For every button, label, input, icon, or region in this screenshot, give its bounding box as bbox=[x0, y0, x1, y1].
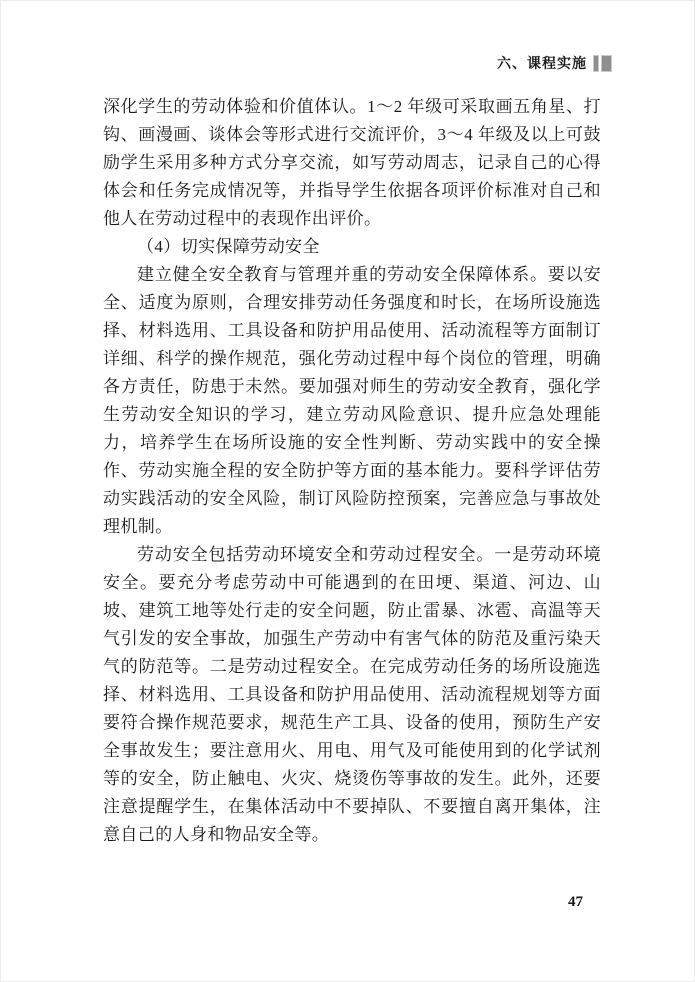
document-page: 六、课程实施 深化学生的劳动体验和价值体认。1～2 年级可采取画五角星、打钩、画… bbox=[0, 0, 695, 982]
page-body: 深化学生的劳动体验和价值体认。1～2 年级可采取画五角星、打钩、画漫画、谈体会等… bbox=[103, 93, 601, 849]
decoration-bar-thick-icon bbox=[601, 55, 612, 72]
decoration-bar-thin-icon bbox=[593, 55, 599, 72]
paragraph-safety-system: 建立健全安全教育与管理并重的劳动安全保障体系。要以安全、适度为原则，合理安排劳动… bbox=[103, 261, 601, 541]
running-header: 六、课程实施 bbox=[497, 53, 612, 73]
subheading-labor-safety: （4）切实保障劳动安全 bbox=[103, 233, 601, 261]
paragraph-safety-scope: 劳动安全包括劳动环境安全和劳动过程安全。一是劳动环境安全。要充分考虑劳动中可能遇… bbox=[103, 541, 601, 849]
chapter-title: 六、课程实施 bbox=[497, 53, 587, 73]
page-number: 47 bbox=[568, 894, 583, 911]
paragraph-continuation: 深化学生的劳动体验和价值体认。1～2 年级可采取画五角星、打钩、画漫画、谈体会等… bbox=[103, 93, 601, 233]
header-decoration bbox=[593, 55, 612, 72]
